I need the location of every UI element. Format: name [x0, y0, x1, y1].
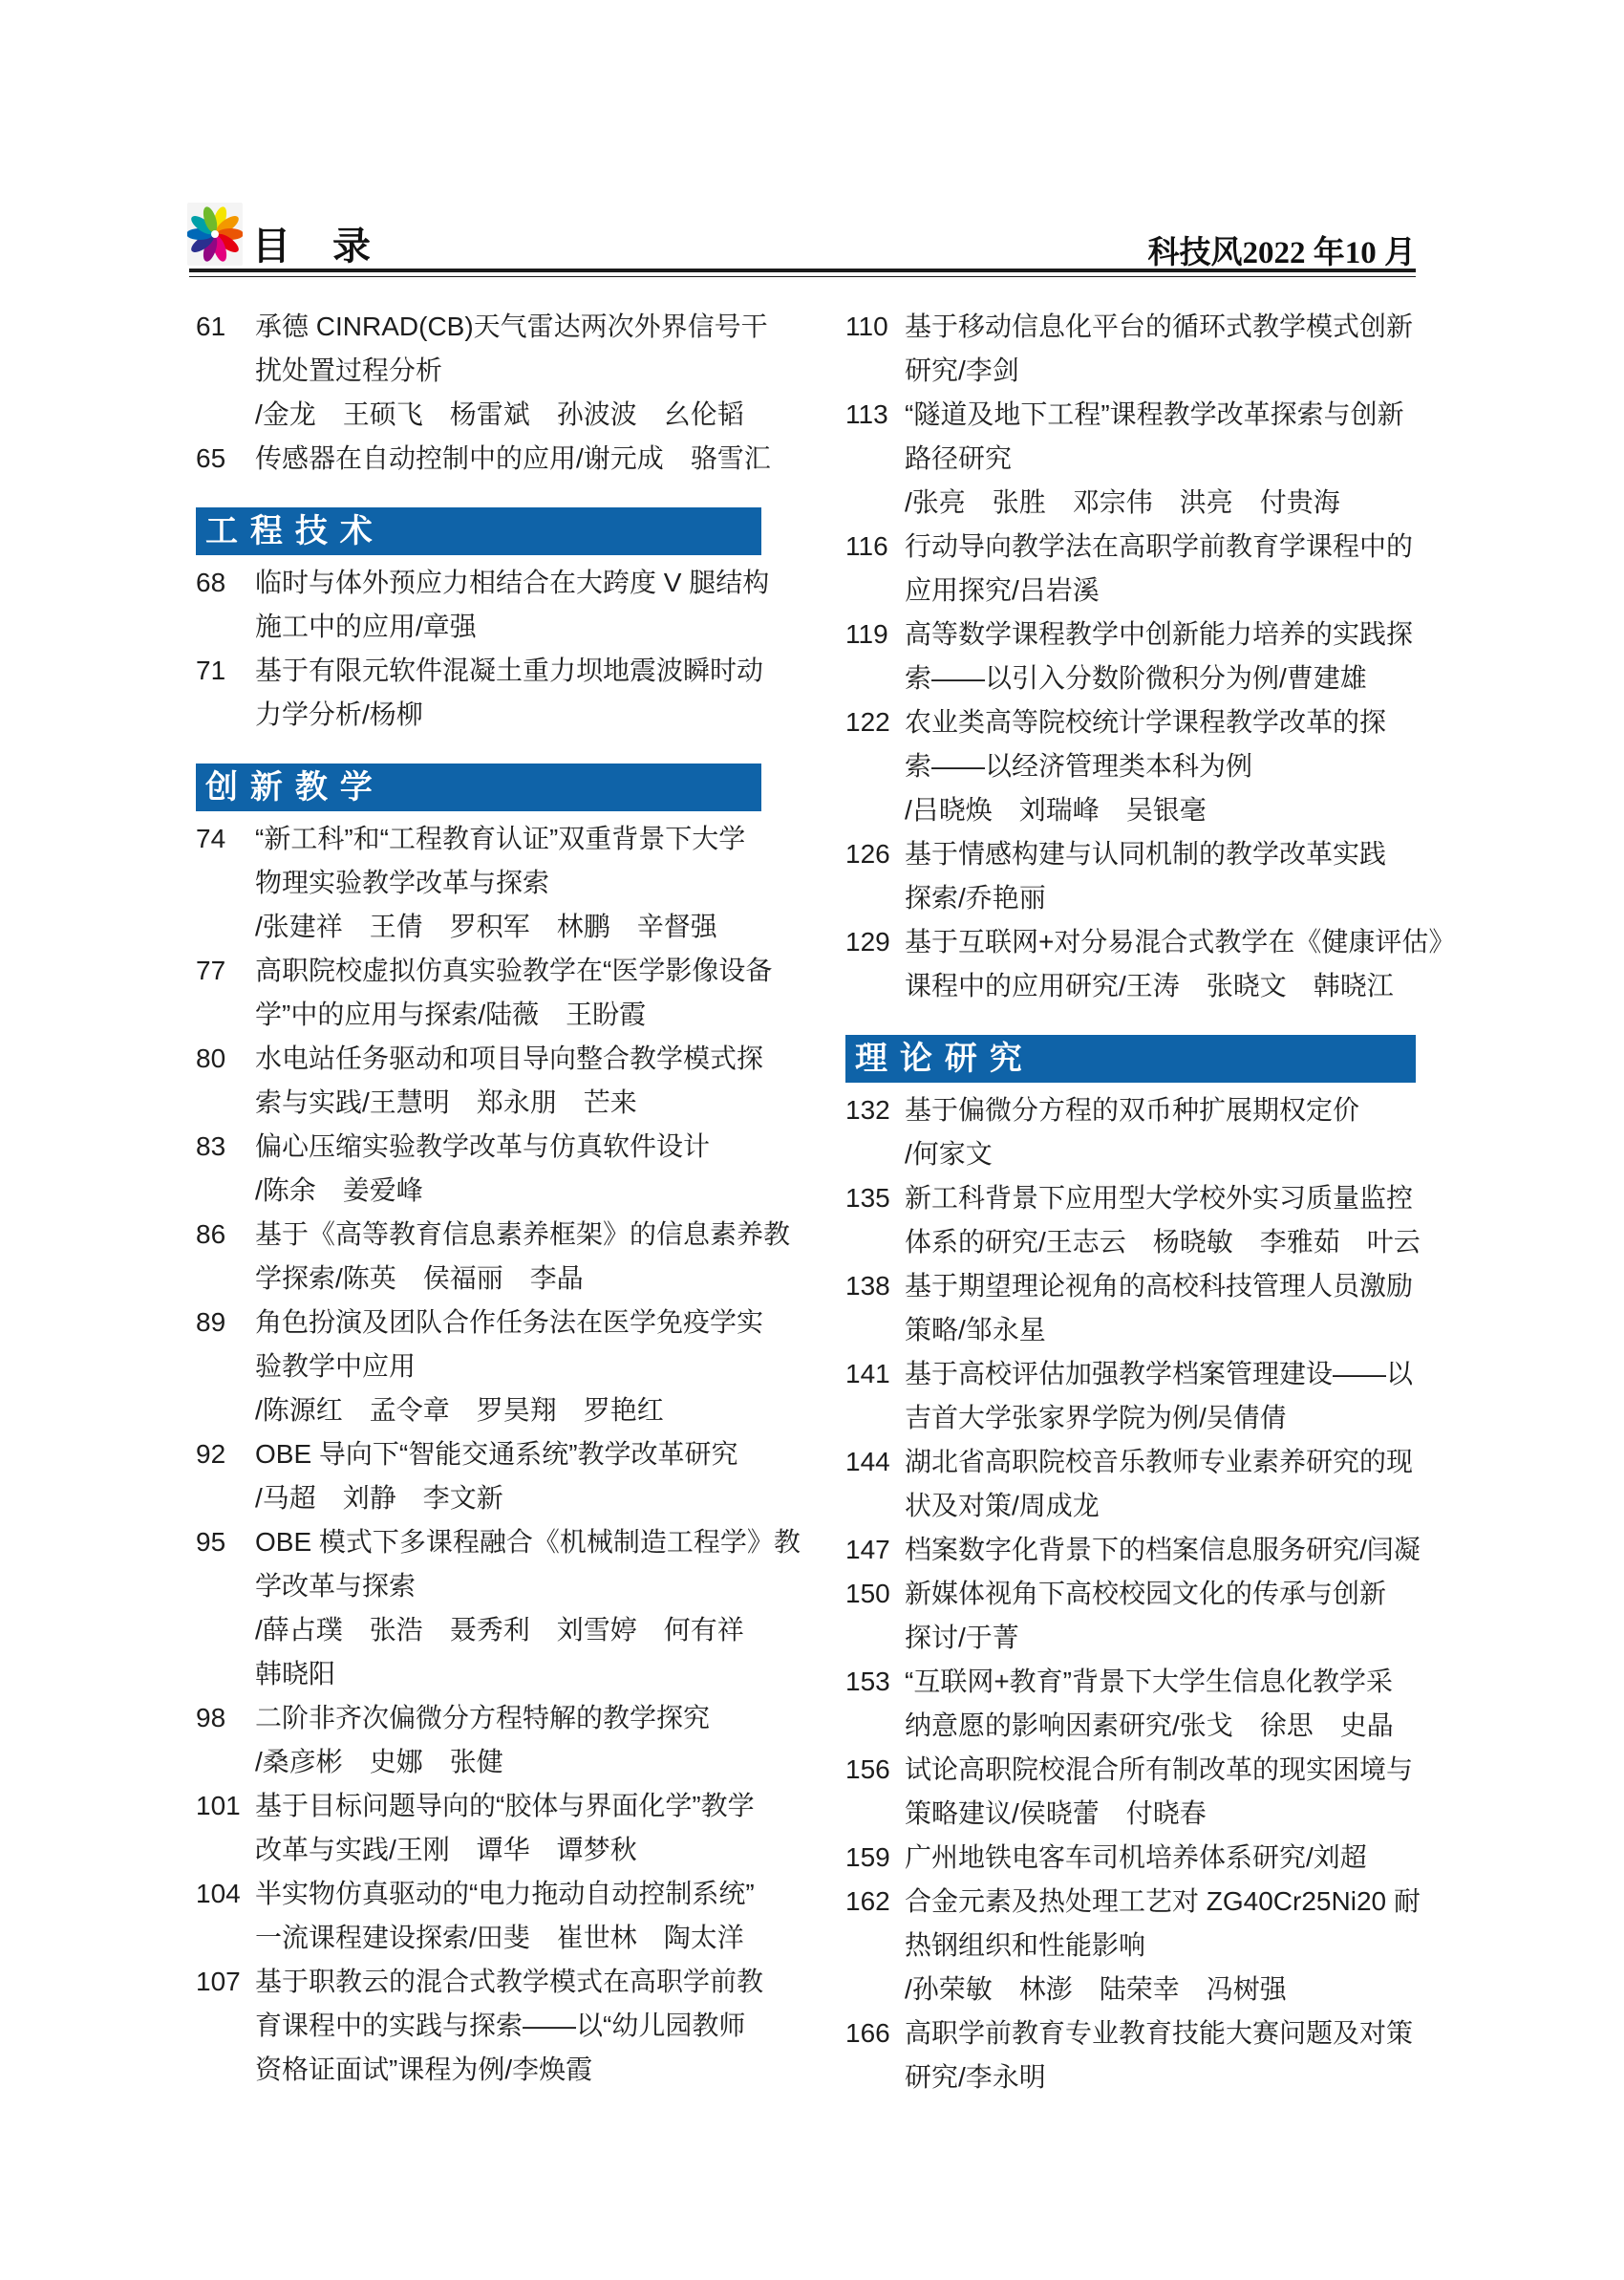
entry-line: 一流课程建设探索/田斐 崔世林 陶太洋: [255, 1916, 761, 1960]
toc-entry: 104半实物仿真驱动的“电力拖动自动控制系统”一流课程建设探索/田斐 崔世林 陶…: [196, 1872, 761, 1960]
toc-entry: 119高等数学课程教学中创新能力培养的实践探索——以引入分数阶微积分为例/曹建雄: [845, 613, 1416, 700]
entry-text: 基于移动信息化平台的循环式教学模式创新研究/李剑: [905, 305, 1416, 393]
entry-line: 探讨/于菁: [905, 1616, 1416, 1660]
entry-page-number: 144: [845, 1440, 893, 1484]
entry-page-number: 80: [196, 1037, 244, 1081]
entry-line: 基于《高等教育信息素养框架》的信息素养教: [255, 1213, 761, 1257]
entry-text: 新媒体视角下高校校园文化的传承与创新探讨/于菁: [905, 1572, 1416, 1660]
entry-line: 策略/邹永星: [905, 1308, 1416, 1352]
entry-line: 体系的研究/王志云 杨晓敏 李雅茹 叶云: [905, 1220, 1416, 1264]
entry-text: 基于期望理论视角的高校科技管理人员激励策略/邹永星: [905, 1264, 1416, 1352]
entry-text: 湖北省高职院校音乐教师专业素养研究的现状及对策/周成龙: [905, 1440, 1416, 1528]
entry-text: 角色扮演及团队合作任务法在医学免疫学实验教学中应用/陈源红 孟令章 罗昊翔 罗艳…: [255, 1301, 761, 1432]
entry-line: 应用探究/吕岩溪: [905, 569, 1416, 613]
entry-text: 基于偏微分方程的双币种扩展期权定价/何家文: [905, 1088, 1416, 1176]
entry-line: 基于目标问题导向的“胶体与界面化学”教学: [255, 1784, 761, 1828]
entry-line: 基于互联网+对分易混合式教学在《健康评估》: [905, 920, 1416, 964]
toc-entry: 162合金元素及热处理工艺对 ZG40Cr25Ni20 耐热钢组织和性能影响/孙…: [845, 1880, 1416, 2011]
entry-line: 热钢组织和性能影响: [905, 1924, 1416, 1968]
toc-entry: 132基于偏微分方程的双币种扩展期权定价/何家文: [845, 1088, 1416, 1176]
entry-line: 育课程中的实践与探索——以“幼儿园教师: [255, 2004, 761, 2048]
toc-entry: 122农业类高等院校统计学课程教学改革的探索——以经济管理类本科为例/吕晓焕 刘…: [845, 700, 1416, 832]
entry-page-number: 150: [845, 1572, 893, 1616]
entry-text: 广州地铁电客车司机培养体系研究/刘超: [905, 1836, 1416, 1880]
entry-line: 水电站任务驱动和项目导向整合教学模式探: [255, 1037, 761, 1081]
entry-line: 验教学中应用: [255, 1344, 761, 1388]
entry-line: 基于高校评估加强教学档案管理建设——以: [905, 1352, 1416, 1396]
entry-text: 基于职教云的混合式教学模式在高职学前教育课程中的实践与探索——以“幼儿园教师资格…: [255, 1960, 761, 2092]
entry-text: 高职院校虚拟仿真实验教学在“医学影像设备学”中的应用与探索/陆薇 王盼霞: [255, 949, 761, 1037]
entry-text: 临时与体外预应力相结合在大跨度 V 腿结构施工中的应用/章强: [255, 561, 761, 649]
toc-entry: 126基于情感构建与认同机制的教学改革实践探索/乔艳丽: [845, 832, 1416, 920]
entry-line: 改革与实践/王刚 谭华 谭梦秋: [255, 1828, 761, 1872]
toc-entry: 166高职学前教育专业教育技能大赛问题及对策研究/李永明: [845, 2011, 1416, 2099]
toc-entry: 89角色扮演及团队合作任务法在医学免疫学实验教学中应用/陈源红 孟令章 罗昊翔 …: [196, 1301, 761, 1432]
entry-page-number: 159: [845, 1836, 893, 1880]
entry-text: “隧道及地下工程”课程教学改革探索与创新路径研究/张亮 张胜 邓宗伟 洪亮 付贵…: [905, 393, 1416, 525]
toc-entry: 61承德 CINRAD(CB)天气雷达两次外界信号干扰处置过程分析/金龙 王硕飞…: [196, 305, 761, 437]
section-banner: 创新教学: [196, 764, 761, 811]
entry-line: 物理实验教学改革与探索: [255, 861, 761, 905]
entry-line: /薛占璞 张浩 聂秀利 刘雪婷 何有祥: [255, 1608, 761, 1652]
entry-line: 资格证面试”课程为例/李焕霞: [255, 2048, 761, 2092]
entry-line: 学”中的应用与探索/陆薇 王盼霞: [255, 993, 761, 1037]
entry-line: 档案数字化背景下的档案信息服务研究/闫凝: [905, 1528, 1416, 1572]
entry-line: 基于有限元软件混凝土重力坝地震波瞬时动: [255, 649, 761, 693]
entry-line: /马超 刘静 李文新: [255, 1476, 761, 1520]
entry-line: 临时与体外预应力相结合在大跨度 V 腿结构: [255, 561, 761, 605]
entry-line: 索与实践/王慧明 郑永朋 芒来: [255, 1081, 761, 1125]
entry-line: 力学分析/杨柳: [255, 693, 761, 737]
entry-line: OBE 模式下多课程融合《机械制造工程学》教: [255, 1520, 761, 1564]
entry-text: 基于互联网+对分易混合式教学在《健康评估》课程中的应用研究/王涛 张晓文 韩晓江: [905, 920, 1416, 1008]
entry-page-number: 147: [845, 1528, 893, 1572]
entry-page-number: 65: [196, 437, 244, 481]
toc-entry: 80水电站任务驱动和项目导向整合教学模式探索与实践/王慧明 郑永朋 芒来: [196, 1037, 761, 1125]
toc-entry: 107基于职教云的混合式教学模式在高职学前教育课程中的实践与探索——以“幼儿园教…: [196, 1960, 761, 2092]
toc-entry: 113“隧道及地下工程”课程教学改革探索与创新路径研究/张亮 张胜 邓宗伟 洪亮…: [845, 393, 1416, 525]
journal-logo-pinwheel-icon: [187, 203, 243, 266]
entry-line: 高职学前教育专业教育技能大赛问题及对策: [905, 2011, 1416, 2055]
entry-line: “新工科”和“工程教育认证”双重背景下大学: [255, 817, 761, 861]
entry-text: 偏心压缩实验教学改革与仿真软件设计/陈余 姜爱峰: [255, 1125, 761, 1213]
entry-line: 扰处置过程分析: [255, 349, 761, 393]
entry-text: 档案数字化背景下的档案信息服务研究/闫凝: [905, 1528, 1416, 1572]
entry-line: 新工科背景下应用型大学校外实习质量监控: [905, 1176, 1416, 1220]
entry-line: 基于偏微分方程的双币种扩展期权定价: [905, 1088, 1416, 1132]
toc-entry: 141基于高校评估加强教学档案管理建设——以吉首大学张家界学院为例/吴倩倩: [845, 1352, 1416, 1440]
entry-line: 韩晓阳: [255, 1652, 761, 1696]
entry-page-number: 71: [196, 649, 244, 693]
entry-text: 基于有限元软件混凝土重力坝地震波瞬时动力学分析/杨柳: [255, 649, 761, 737]
toc-entry: 135新工科背景下应用型大学校外实习质量监控体系的研究/王志云 杨晓敏 李雅茹 …: [845, 1176, 1416, 1264]
entry-line: /陈源红 孟令章 罗昊翔 罗艳红: [255, 1388, 761, 1432]
entry-line: 基于移动信息化平台的循环式教学模式创新: [905, 305, 1416, 349]
entry-line: /孙荣敏 林澎 陆荣幸 冯树强: [905, 1968, 1416, 2011]
entry-page-number: 156: [845, 1748, 893, 1792]
entry-page-number: 119: [845, 613, 893, 656]
section-banner: 理论研究: [845, 1035, 1416, 1083]
entry-text: OBE 导向下“智能交通系统”教学改革研究/马超 刘静 李文新: [255, 1432, 761, 1520]
entry-line: /何家文: [905, 1132, 1416, 1176]
entry-page-number: 113: [845, 393, 893, 437]
entry-page-number: 89: [196, 1301, 244, 1344]
entry-line: 基于职教云的混合式教学模式在高职学前教: [255, 1960, 761, 2004]
entry-page-number: 162: [845, 1880, 893, 1924]
entry-line: 纳意愿的影响因素研究/张戈 徐思 史晶: [905, 1704, 1416, 1748]
entry-line: 研究/李永明: [905, 2055, 1416, 2099]
toc-entry: 74“新工科”和“工程教育认证”双重背景下大学物理实验教学改革与探索/张建祥 王…: [196, 817, 761, 949]
entry-line: 传感器在自动控制中的应用/谢元成 骆雪汇: [255, 437, 761, 481]
section-banner: 工程技术: [196, 507, 761, 555]
entry-line: 高职院校虚拟仿真实验教学在“医学影像设备: [255, 949, 761, 993]
toc-column: 61承德 CINRAD(CB)天气雷达两次外界信号干扰处置过程分析/金龙 王硕飞…: [196, 305, 761, 2092]
entry-text: 高等数学课程教学中创新能力培养的实践探索——以引入分数阶微积分为例/曹建雄: [905, 613, 1416, 700]
pinwheel-petals: [187, 205, 243, 264]
toc-entry: 68临时与体外预应力相结合在大跨度 V 腿结构施工中的应用/章强: [196, 561, 761, 649]
entry-line: 探索/乔艳丽: [905, 876, 1416, 920]
entry-page-number: 77: [196, 949, 244, 993]
entry-text: 行动导向教学法在高职学前教育学课程中的应用探究/吕岩溪: [905, 525, 1416, 613]
entry-line: 课程中的应用研究/王涛 张晓文 韩晓江: [905, 964, 1416, 1008]
entry-page-number: 153: [845, 1660, 893, 1704]
entry-page-number: 126: [845, 832, 893, 876]
entry-page-number: 86: [196, 1213, 244, 1257]
entry-page-number: 98: [196, 1696, 244, 1740]
entry-line: 广州地铁电客车司机培养体系研究/刘超: [905, 1836, 1416, 1880]
entry-line: 路径研究: [905, 437, 1416, 481]
entry-text: 基于高校评估加强教学档案管理建设——以吉首大学张家界学院为例/吴倩倩: [905, 1352, 1416, 1440]
entry-page-number: 68: [196, 561, 244, 605]
entry-page-number: 61: [196, 305, 244, 349]
toc-entry: 144湖北省高职院校音乐教师专业素养研究的现状及对策/周成龙: [845, 1440, 1416, 1528]
toc-entry: 138基于期望理论视角的高校科技管理人员激励策略/邹永星: [845, 1264, 1416, 1352]
toc-column: 110基于移动信息化平台的循环式教学模式创新研究/李剑113“隧道及地下工程”课…: [845, 305, 1416, 2099]
entry-text: 高职学前教育专业教育技能大赛问题及对策研究/李永明: [905, 2011, 1416, 2099]
entry-text: 基于情感构建与认同机制的教学改革实践探索/乔艳丽: [905, 832, 1416, 920]
entry-text: 传感器在自动控制中的应用/谢元成 骆雪汇: [255, 437, 761, 481]
entry-line: 学探索/陈英 侯福丽 李晶: [255, 1257, 761, 1301]
entry-line: OBE 导向下“智能交通系统”教学改革研究: [255, 1432, 761, 1476]
entry-line: 试论高职院校混合所有制改革的现实困境与: [905, 1748, 1416, 1792]
entry-line: /陈余 姜爱峰: [255, 1169, 761, 1213]
toc-page-title: 目 录: [252, 216, 373, 270]
entry-text: 农业类高等院校统计学课程教学改革的探索——以经济管理类本科为例/吕晓焕 刘瑞峰 …: [905, 700, 1416, 832]
entry-line: “隧道及地下工程”课程教学改革探索与创新: [905, 393, 1416, 437]
entry-line: 吉首大学张家界学院为例/吴倩倩: [905, 1396, 1416, 1440]
entry-page-number: 141: [845, 1352, 893, 1396]
entry-line: 行动导向教学法在高职学前教育学课程中的: [905, 525, 1416, 569]
entry-line: “互联网+教育”背景下大学生信息化教学采: [905, 1660, 1416, 1704]
entry-page-number: 83: [196, 1125, 244, 1169]
entry-text: “新工科”和“工程教育认证”双重背景下大学物理实验教学改革与探索/张建祥 王倩 …: [255, 817, 761, 949]
toc-entry: 95OBE 模式下多课程融合《机械制造工程学》教学改革与探索/薛占璞 张浩 聂秀…: [196, 1520, 761, 1696]
entry-line: 基于期望理论视角的高校科技管理人员激励: [905, 1264, 1416, 1308]
entry-text: 新工科背景下应用型大学校外实习质量监控体系的研究/王志云 杨晓敏 李雅茹 叶云: [905, 1176, 1416, 1264]
entry-page-number: 135: [845, 1176, 893, 1220]
entry-line: 高等数学课程教学中创新能力培养的实践探: [905, 613, 1416, 656]
entry-line: /吕晓焕 刘瑞峰 吴银毫: [905, 788, 1416, 832]
entry-text: “互联网+教育”背景下大学生信息化教学采纳意愿的影响因素研究/张戈 徐思 史晶: [905, 1660, 1416, 1748]
entry-text: 合金元素及热处理工艺对 ZG40Cr25Ni20 耐热钢组织和性能影响/孙荣敏 …: [905, 1880, 1416, 2011]
entry-text: 承德 CINRAD(CB)天气雷达两次外界信号干扰处置过程分析/金龙 王硕飞 杨…: [255, 305, 761, 437]
toc-entry: 71基于有限元软件混凝土重力坝地震波瞬时动力学分析/杨柳: [196, 649, 761, 737]
entry-page-number: 92: [196, 1432, 244, 1476]
entry-line: 承德 CINRAD(CB)天气雷达两次外界信号干: [255, 305, 761, 349]
entry-text: OBE 模式下多课程融合《机械制造工程学》教学改革与探索/薛占璞 张浩 聂秀利 …: [255, 1520, 761, 1696]
entry-line: /桑彦彬 史娜 张健: [255, 1740, 761, 1784]
journal-issue-title: 科技风2022 年10 月: [1148, 227, 1417, 272]
entry-line: 半实物仿真驱动的“电力拖动自动控制系统”: [255, 1872, 761, 1916]
entry-page-number: 132: [845, 1088, 893, 1132]
toc-entry: 153“互联网+教育”背景下大学生信息化教学采纳意愿的影响因素研究/张戈 徐思 …: [845, 1660, 1416, 1748]
entry-text: 基于目标问题导向的“胶体与界面化学”教学改革与实践/王刚 谭华 谭梦秋: [255, 1784, 761, 1872]
entry-line: /金龙 王硕飞 杨雷斌 孙波波 幺伦韬: [255, 393, 761, 437]
entry-line: 基于情感构建与认同机制的教学改革实践: [905, 832, 1416, 876]
entry-text: 水电站任务驱动和项目导向整合教学模式探索与实践/王慧明 郑永朋 芒来: [255, 1037, 761, 1125]
entry-line: 新媒体视角下高校校园文化的传承与创新: [905, 1572, 1416, 1616]
toc-entry: 98二阶非齐次偏微分方程特解的教学探究/桑彦彬 史娜 张健: [196, 1696, 761, 1784]
toc-entry: 77高职院校虚拟仿真实验教学在“医学影像设备学”中的应用与探索/陆薇 王盼霞: [196, 949, 761, 1037]
entry-text: 二阶非齐次偏微分方程特解的教学探究/桑彦彬 史娜 张健: [255, 1696, 761, 1784]
toc-entry: 147档案数字化背景下的档案信息服务研究/闫凝: [845, 1528, 1416, 1572]
entry-line: 状及对策/周成龙: [905, 1484, 1416, 1528]
entry-page-number: 74: [196, 817, 244, 861]
toc-entry: 110基于移动信息化平台的循环式教学模式创新研究/李剑: [845, 305, 1416, 393]
entry-text: 半实物仿真驱动的“电力拖动自动控制系统”一流课程建设探索/田斐 崔世林 陶太洋: [255, 1872, 761, 1960]
toc-entry: 150新媒体视角下高校校园文化的传承与创新探讨/于菁: [845, 1572, 1416, 1660]
toc-entry: 86基于《高等教育信息素养框架》的信息素养教学探索/陈英 侯福丽 李晶: [196, 1213, 761, 1301]
entry-page-number: 166: [845, 2011, 893, 2055]
entry-line: /张建祥 王倩 罗积军 林鹏 辛督强: [255, 905, 761, 949]
entry-line: 湖北省高职院校音乐教师专业素养研究的现: [905, 1440, 1416, 1484]
entry-line: 角色扮演及团队合作任务法在医学免疫学实: [255, 1301, 761, 1344]
entry-page-number: 110: [845, 305, 893, 349]
entry-line: 合金元素及热处理工艺对 ZG40Cr25Ni20 耐: [905, 1880, 1416, 1924]
toc-entry: 156试论高职院校混合所有制改革的现实困境与策略建议/侯晓蕾 付晓春: [845, 1748, 1416, 1836]
entry-text: 试论高职院校混合所有制改革的现实困境与策略建议/侯晓蕾 付晓春: [905, 1748, 1416, 1836]
entry-line: 二阶非齐次偏微分方程特解的教学探究: [255, 1696, 761, 1740]
entry-line: 索——以引入分数阶微积分为例/曹建雄: [905, 656, 1416, 700]
toc-entry: 92OBE 导向下“智能交通系统”教学改革研究/马超 刘静 李文新: [196, 1432, 761, 1520]
toc-entry: 129基于互联网+对分易混合式教学在《健康评估》课程中的应用研究/王涛 张晓文 …: [845, 920, 1416, 1008]
toc-entry: 159广州地铁电客车司机培养体系研究/刘超: [845, 1836, 1416, 1880]
entry-line: 施工中的应用/章强: [255, 605, 761, 649]
entry-line: 偏心压缩实验教学改革与仿真软件设计: [255, 1125, 761, 1169]
entry-page-number: 107: [196, 1960, 244, 2004]
entry-line: /张亮 张胜 邓宗伟 洪亮 付贵海: [905, 481, 1416, 525]
header-divider-rule: [189, 269, 1416, 277]
toc-entry: 101基于目标问题导向的“胶体与界面化学”教学改革与实践/王刚 谭华 谭梦秋: [196, 1784, 761, 1872]
entry-page-number: 101: [196, 1784, 244, 1828]
entry-page-number: 104: [196, 1872, 244, 1916]
entry-line: 索——以经济管理类本科为例: [905, 744, 1416, 788]
entry-page-number: 95: [196, 1520, 244, 1564]
entry-page-number: 116: [845, 525, 893, 569]
entry-line: 研究/李剑: [905, 349, 1416, 393]
toc-entry: 83偏心压缩实验教学改革与仿真软件设计/陈余 姜爱峰: [196, 1125, 761, 1213]
entry-text: 基于《高等教育信息素养框架》的信息素养教学探索/陈英 侯福丽 李晶: [255, 1213, 761, 1301]
entry-page-number: 122: [845, 700, 893, 744]
entry-line: 学改革与探索: [255, 1564, 761, 1608]
entry-page-number: 129: [845, 920, 893, 964]
entry-line: 农业类高等院校统计学课程教学改革的探: [905, 700, 1416, 744]
entry-page-number: 138: [845, 1264, 893, 1308]
toc-entry: 65传感器在自动控制中的应用/谢元成 骆雪汇: [196, 437, 761, 481]
entry-line: 策略建议/侯晓蕾 付晓春: [905, 1792, 1416, 1836]
toc-entry: 116行动导向教学法在高职学前教育学课程中的应用探究/吕岩溪: [845, 525, 1416, 613]
